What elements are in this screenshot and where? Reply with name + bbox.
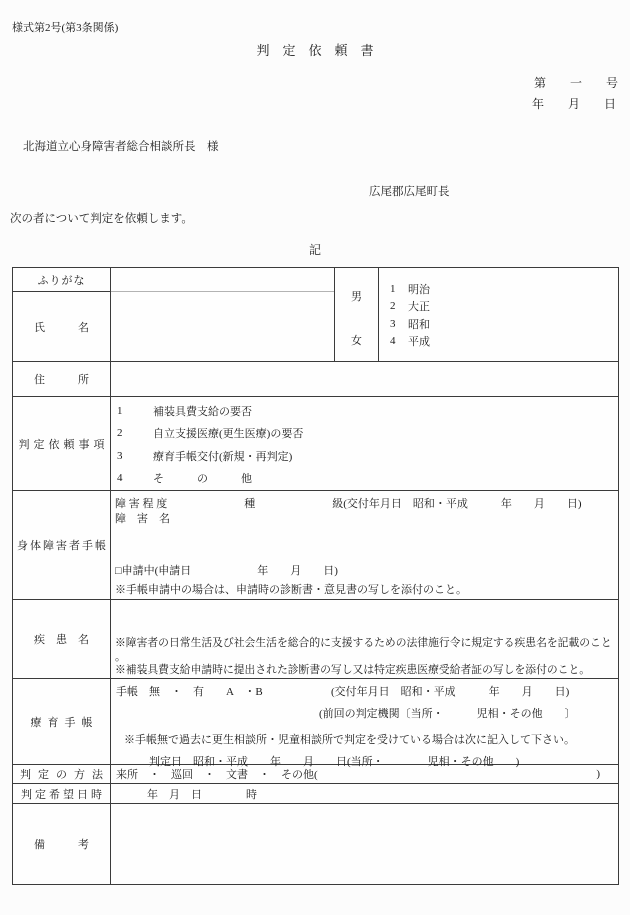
addressee-line: 北海道立心身障害者総合相談所長 様	[23, 138, 219, 154]
ki-heading: 記	[0, 241, 630, 258]
name-label-column: ふりがな 氏 名	[13, 268, 111, 361]
ryoiku-techo-label: 療育手帳	[13, 679, 111, 764]
request-item-4: 4 そ の 他	[111, 467, 618, 489]
disease-label: 疾 患 名	[13, 600, 111, 678]
ryoiku-techo-row: 療育手帳 手帳 無 ・ 有 A ・B (交付年月日 昭和・平成 年 月 日) (…	[13, 678, 618, 764]
request-items-row: 判定依頼事項 1 補装具費支給の要否 2 自立支援医療(更生医療)の要否 3 療…	[13, 396, 618, 490]
remarks-label: 備 考	[13, 804, 111, 884]
name-input-column	[111, 268, 335, 361]
request-item-1: 1 補装具費支給の要否	[111, 400, 618, 422]
gender-column: 男 女	[335, 268, 379, 361]
document-number: 第 一 号	[534, 74, 618, 91]
ryoiku-have-line: 手帳 無 ・ 有 A ・B	[116, 683, 263, 699]
request-item-text: 自立支援医療(更生医療)の要否	[153, 425, 303, 441]
ryoiku-techo-cell: 手帳 無 ・ 有 A ・B (交付年月日 昭和・平成 年 月 日) (前回の判定…	[111, 679, 618, 764]
datetime-cell: 年 月 日 時	[111, 784, 618, 803]
era-option-taisho: 2 大正	[390, 298, 618, 316]
request-item-text: 療育手帳交付(新規・再判定)	[153, 448, 292, 464]
previous-judgment-org-line: (前回の判定機関〔当所・ 児相・その他 〕	[319, 705, 576, 721]
document-page: 様式第2号(第3条関係) 判 定 依 頼 書 第 一 号 年 月 日 北海道立心…	[0, 0, 630, 915]
gender-female-label: 女	[351, 332, 362, 348]
method-options-text: 来所 ・ 巡回 ・ 文書 ・ その他(	[116, 766, 318, 782]
request-item-number: 1	[117, 405, 129, 417]
techo-note-line: ※手帳申請中の場合は、申請時の診断書・意見書の写しを添付のこと。	[115, 581, 467, 597]
disability-grade-line: 障 害 程 度 種 級(交付年月日 昭和・平成 年 月 日)	[115, 495, 582, 511]
era-option-meiji: 1 明治	[390, 280, 618, 298]
request-item-3: 3 療育手帳交付(新規・再判定)	[111, 445, 618, 467]
era-option-label: 昭和	[408, 316, 430, 332]
remarks-row: 備 考	[13, 803, 618, 884]
form-type-label: 様式第2号(第3条関係)	[12, 19, 118, 35]
name-label: 氏 名	[13, 292, 110, 361]
datetime-label: 判定希望日時	[13, 784, 111, 803]
shintai-techo-label: 身体障害者手帳	[13, 491, 111, 599]
era-option-label: 大正	[408, 298, 430, 314]
shintai-techo-row: 身体障害者手帳 障 害 程 度 種 級(交付年月日 昭和・平成 年 月 日) 障…	[13, 490, 618, 599]
era-option-number: 2	[390, 300, 408, 312]
method-close-paren: )	[596, 768, 600, 780]
address-row: 住 所	[13, 361, 618, 396]
judgment-request-table: ふりがな 氏 名 男 女 1 明治 2 大正	[12, 267, 619, 885]
name-row: ふりがな 氏 名 男 女 1 明治 2 大正	[13, 268, 618, 361]
gender-male-label: 男	[351, 288, 362, 304]
disease-cell: ※障害者の日常生活及び社会生活を総合的に支援するための法律施行令に規定する疾患名…	[111, 600, 618, 678]
request-item-number: 2	[117, 427, 129, 439]
disease-note-2: ※補装具費支給申請時に提出された診断書の写し又は特定疾患医療受給者証の写しを添付…	[115, 664, 616, 677]
document-title: 判 定 依 頼 書	[0, 40, 630, 59]
request-item-2: 2 自立支援医療(更生医療)の要否	[111, 422, 618, 444]
method-row: 判定の方法 来所 ・ 巡回 ・ 文書 ・ その他( )	[13, 764, 618, 783]
ryoiku-note-line: ※手帳無で過去に更生相談所・児童相談所で判定を受けている場合は次に記入して下さい…	[124, 731, 575, 747]
date-line: 年 月 日	[532, 95, 616, 112]
era-option-label: 明治	[408, 281, 430, 297]
request-items-cell: 1 補装具費支給の要否 2 自立支援医療(更生医療)の要否 3 療育手帳交付(新…	[111, 397, 618, 490]
remarks-field	[111, 804, 618, 884]
application-pending-line: □申請中(申請日 年 月 日)	[115, 562, 338, 578]
disease-row: 疾 患 名 ※障害者の日常生活及び社会生活を総合的に支援するための法律施行令に規…	[13, 599, 618, 678]
shintai-techo-cell: 障 害 程 度 種 級(交付年月日 昭和・平成 年 月 日) 障 害 名 □申請…	[111, 491, 618, 599]
name-field	[111, 292, 334, 361]
request-item-text: 補装具費支給の要否	[153, 403, 252, 419]
address-label: 住 所	[13, 362, 111, 396]
request-item-number: 3	[117, 450, 129, 462]
era-option-showa: 3 昭和	[390, 315, 618, 333]
disease-notes: ※障害者の日常生活及び社会生活を総合的に支援するための法律施行令に規定する疾患名…	[111, 600, 618, 678]
furigana-field	[111, 268, 334, 292]
datetime-text: 年 月 日 時	[147, 786, 257, 802]
era-option-heisei: 4 平成	[390, 333, 618, 351]
datetime-row: 判定希望日時 年 月 日 時	[13, 783, 618, 803]
intro-line: 次の者について判定を依頼します。	[10, 210, 193, 226]
disease-note-1: ※障害者の日常生活及び社会生活を総合的に支援するための法律施行令に規定する疾患名…	[115, 637, 616, 663]
era-option-number: 1	[390, 283, 408, 295]
furigana-label: ふりがな	[13, 268, 110, 292]
request-item-number: 4	[117, 472, 129, 484]
request-items-label: 判定依頼事項	[13, 397, 111, 490]
ryoiku-issue-date-line: (交付年月日 昭和・平成 年 月 日)	[331, 683, 569, 699]
method-label: 判定の方法	[13, 765, 111, 783]
era-option-number: 3	[390, 318, 408, 330]
sender-line: 広尾郡広尾町長	[369, 183, 450, 199]
request-item-text: そ の 他	[153, 470, 252, 486]
era-options-cell: 1 明治 2 大正 3 昭和 4 平成	[379, 268, 618, 361]
method-cell: 来所 ・ 巡回 ・ 文書 ・ その他( )	[111, 765, 618, 783]
disability-name-line: 障 害 名	[115, 510, 170, 526]
era-option-label: 平成	[408, 333, 430, 349]
address-field	[111, 362, 618, 396]
era-option-number: 4	[390, 335, 408, 347]
